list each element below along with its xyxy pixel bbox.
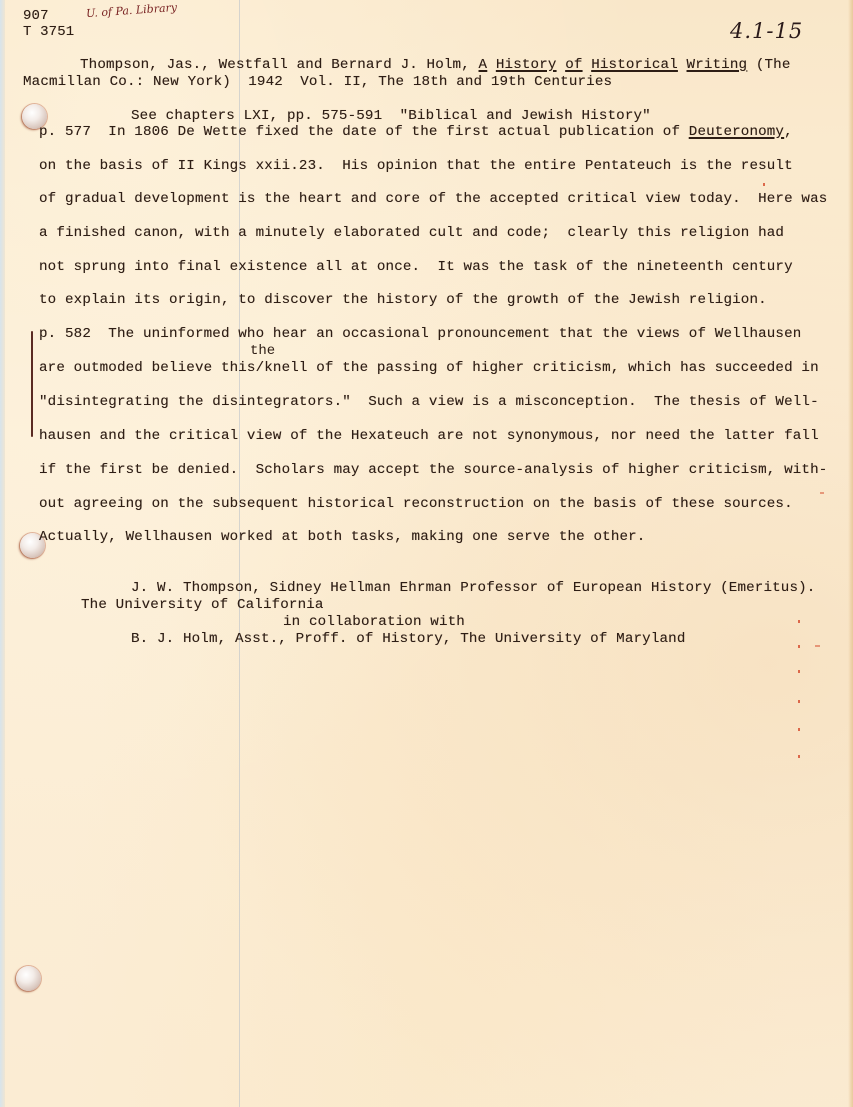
document-page: 907 T 3751 U. of Pa. Library 4.1-15 Thom… xyxy=(0,0,853,1107)
passage1-line1-text: In 1806 De Wette fixed the date of the f… xyxy=(91,124,689,140)
passage2-line5: if the first be denied. Scholars may acc… xyxy=(39,462,827,478)
author-line2: The University of California xyxy=(81,597,324,613)
passage1-line1-end: , xyxy=(784,124,793,140)
passage2-line7: Actually, Wellhausen worked at both task… xyxy=(39,529,645,545)
passage1-line1: p. 577 In 1806 De Wette fixed the date o… xyxy=(39,124,793,140)
handwritten-library-note: U. of Pa. Library xyxy=(86,1,178,20)
book-title-word: Writing xyxy=(687,57,748,73)
rust-speck xyxy=(798,728,800,731)
passage2-line3: "disintegrating the disintegrators." Suc… xyxy=(39,394,819,410)
passage1-line4: a finished canon, with a minutely elabor… xyxy=(39,225,784,241)
page-ref-582: p. 582 xyxy=(39,326,91,342)
margin-bracket-mark xyxy=(31,331,33,437)
author-line4: B. J. Holm, Asst., Proff. of History, Th… xyxy=(131,631,686,647)
citation-line1: Thompson, Jas., Westfall and Bernard J. … xyxy=(80,57,791,73)
inserted-word-the: the xyxy=(250,343,275,359)
citation-line2: Macmillan Co.: New York) 1942 Vol. II, T… xyxy=(23,74,612,90)
call-number-line1: 907 xyxy=(23,8,49,24)
see-chapters-line: See chapters LXI, pp. 575-591 "Biblical … xyxy=(131,108,651,124)
book-title-word: A xyxy=(479,57,488,73)
book-title-word: Historical xyxy=(591,57,678,73)
deuteronomy-underlined: Deuteronomy xyxy=(689,124,784,140)
citation-authors: Thompson, Jas., Westfall and Bernard J. … xyxy=(80,57,479,73)
book-title-word: History xyxy=(496,57,557,73)
rust-speck xyxy=(798,620,800,623)
passage2-line4: hausen and the critical view of the Hexa… xyxy=(39,428,819,444)
page-ref-577: p. 577 xyxy=(39,124,91,140)
passage2-line1-text: The uninformed who hear an occasional pr… xyxy=(91,326,801,342)
rust-speck xyxy=(763,183,765,186)
rust-speck xyxy=(798,700,800,703)
book-title-word: of xyxy=(565,57,582,73)
rust-speck xyxy=(798,645,800,648)
passage2-line6: out agreeing on the subsequent historica… xyxy=(39,496,793,512)
call-number-line2: T 3751 xyxy=(23,24,74,40)
rust-speck xyxy=(820,492,824,494)
handwritten-date-code: 4.1-15 xyxy=(730,19,803,43)
passage2-line1: p. 582 The uninformed who hear an occasi… xyxy=(39,326,801,342)
paper-left-edge xyxy=(0,0,5,1107)
passage1-line2: on the basis of II Kings xxii.23. His op… xyxy=(39,158,793,174)
paper-right-edge xyxy=(848,0,853,1107)
passage1-line5: not sprung into final existence all at o… xyxy=(39,259,793,275)
citation-publisher-open: (The xyxy=(747,57,790,73)
rust-speck xyxy=(798,670,800,673)
author-line1: J. W. Thompson, Sidney Hellman Ehrman Pr… xyxy=(131,580,815,596)
passage1-line6: to explain its origin, to discover the h… xyxy=(39,292,767,308)
rust-speck xyxy=(798,755,800,758)
author-line3: in collaboration with xyxy=(283,614,465,630)
rust-speck xyxy=(815,645,820,647)
passage1-line3: of gradual development is the heart and … xyxy=(39,191,827,207)
punch-hole-bottom xyxy=(16,966,41,991)
passage2-line2: are outmoded believe this/knell of the p… xyxy=(39,360,819,376)
